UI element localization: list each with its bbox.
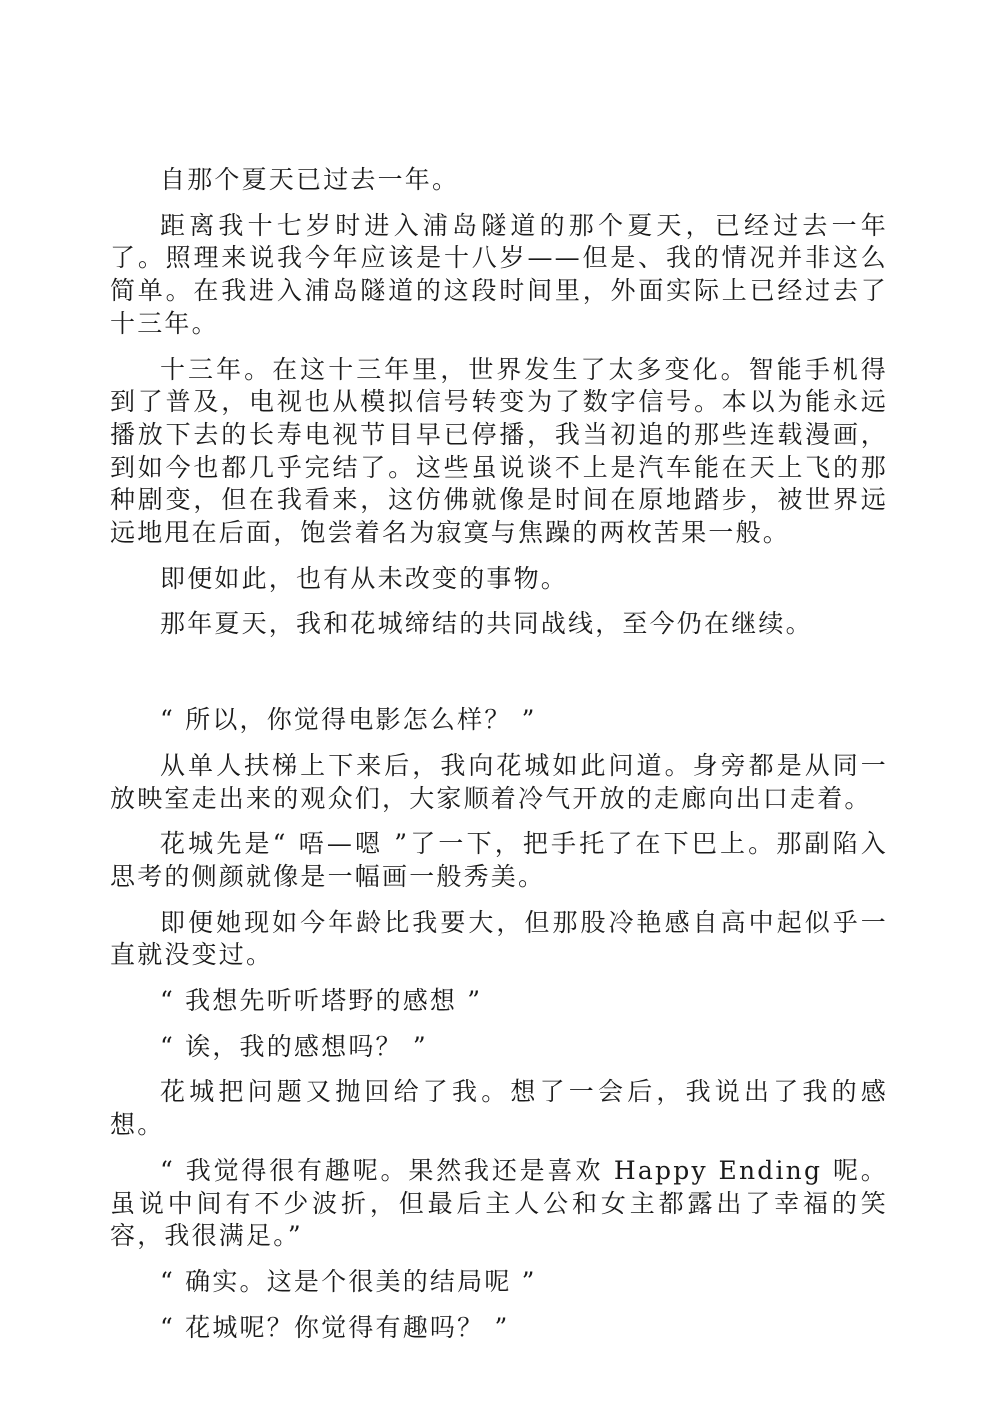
paragraph: 那年夏天，我和花城缔结的共同战线，至今仍在继续。: [110, 608, 888, 641]
document-page: 自那个夏天已过去一年。 距离我十七岁时进入浦岛隧道的那个夏天，已经过去一年了。照…: [110, 164, 888, 1357]
paragraph: 花城先是“ 唔—嗯 ”了一下，把手托了在下巴上。那副陷入思考的侧颜就像是一幅画一…: [110, 828, 888, 893]
paragraph: 距离我十七岁时进入浦岛隧道的那个夏天，已经过去一年了。照理来说我今年应该是十八岁…: [110, 210, 888, 341]
section-break: [110, 654, 888, 704]
paragraph: “ 所以，你觉得电影怎么样？ ”: [110, 704, 888, 737]
paragraph: 从单人扶梯上下来后，我向花城如此问道。身旁都是从同一放映室走出来的观众们，大家顺…: [110, 750, 888, 815]
paragraph: “ 花城呢？你觉得有趣吗？ ”: [110, 1312, 888, 1345]
paragraph: “ 诶，我的感想吗？ ”: [110, 1031, 888, 1064]
paragraph: “ 确实。这是个很美的结局呢 ”: [110, 1266, 888, 1299]
paragraph: “ 我想先听听塔野的感想 ”: [110, 985, 888, 1018]
section-dialogue: “ 所以，你觉得电影怎么样？ ” 从单人扶梯上下来后，我向花城如此问道。身旁都是…: [110, 704, 888, 1344]
paragraph: 花城把问题又抛回给了我。想了一会后，我说出了我的感想。: [110, 1076, 888, 1141]
paragraph: 即便如此，也有从未改变的事物。: [110, 563, 888, 596]
section-opening: 自那个夏天已过去一年。 距离我十七岁时进入浦岛隧道的那个夏天，已经过去一年了。照…: [110, 164, 888, 641]
paragraph: 十三年。在这十三年里，世界发生了太多变化。智能手机得到了普及，电视也从模拟信号转…: [110, 354, 888, 550]
paragraph: 自那个夏天已过去一年。: [110, 164, 888, 197]
paragraph: “ 我觉得很有趣呢。果然我还是喜欢 Happy Ending 呢。虽说中间有不少…: [110, 1155, 888, 1253]
paragraph: 即便她现如今年龄比我要大，但那股冷艳感自高中起似乎一直就没变过。: [110, 907, 888, 972]
